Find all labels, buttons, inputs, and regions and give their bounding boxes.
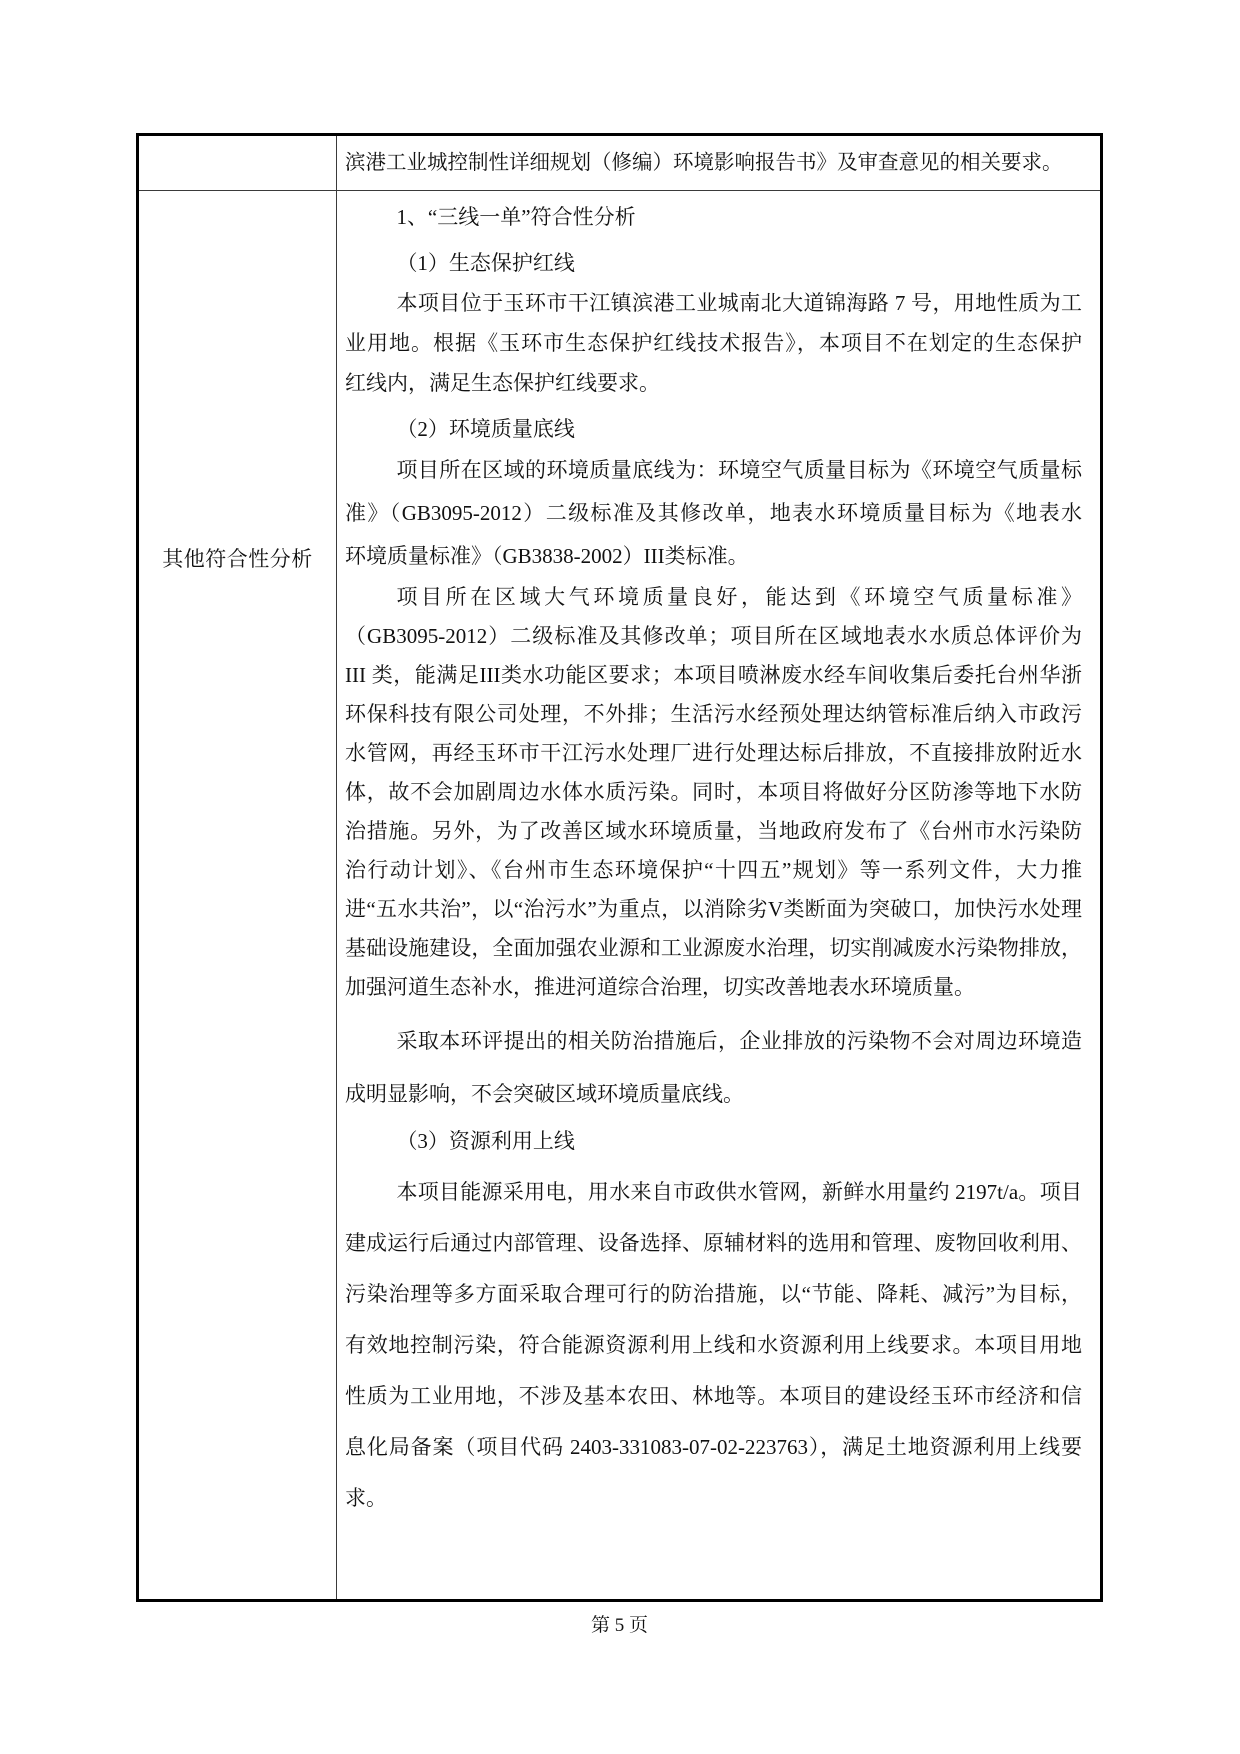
table-row-continued: 滨港工业城控制性详细规划（修编）环境影响报告书》及审查意见的相关要求。 [138, 135, 1102, 191]
text-line: 有效地控制污染，符合能源资源利用上线和水资源利用上线要求。本项目用地 [345, 1320, 1082, 1371]
row2-label-cell: 其他符合性分析 [138, 191, 337, 1601]
page-number: 第 5 页 [591, 1615, 648, 1636]
paragraph-block: 本项目位于玉环市干江镇滨港工业城南北大道锦海路 7 号，用地性质为工业用地。根据… [345, 283, 1082, 403]
paragraph-block: 采取本环评提出的相关防治措施后，企业排放的污染物不会对周边环境造成明显影响，不会… [345, 1015, 1082, 1121]
text-line: 性质为工业用地，不涉及基本农田、林地等。本项目的建设经玉环市经济和信 [345, 1371, 1082, 1422]
text-line: （3）资源利用上线 [345, 1121, 1082, 1161]
text-line: 环境质量标准》（GB3838-2002）III类标准。 [345, 535, 1082, 578]
paragraph-block: 本项目能源采用电，用水来自市政供水管网，新鲜水用量约 2197t/a。项目建成运… [345, 1167, 1082, 1524]
heading-block: （2）环境质量底线 [345, 409, 1082, 449]
row1-content-cell: 滨港工业城控制性详细规划（修编）环境影响报告书》及审查意见的相关要求。 [337, 135, 1102, 191]
text-line: （1）生态保护红线 [345, 243, 1082, 283]
text-line: 水管网，再经玉环市干江污水处理厂进行处理达标后排放，不直接排放附近水 [345, 734, 1082, 773]
text-line: 建成运行后通过内部管理、设备选择、原辅材料的选用和管理、废物回收利用、 [345, 1218, 1082, 1269]
text-line: 基础设施建设，全面加强农业源和工业源废水治理，切实削减废水污染物排放， [345, 929, 1082, 968]
text-line: 息化局备案（项目代码 2403-331083-07-02-223763），满足土… [345, 1422, 1082, 1473]
compliance-analysis-table: 滨港工业城控制性详细规划（修编）环境影响报告书》及审查意见的相关要求。 其他符合… [136, 133, 1103, 1602]
text-line: 治措施。另外，为了改善区域水环境质量，当地政府发布了《台州市水污染防 [345, 812, 1082, 851]
text-line: 污染治理等多方面采取合理可行的防治措施，以“节能、降耗、减污”为目标， [345, 1269, 1082, 1320]
text-line: （GB3095-2012）二级标准及其修改单；项目所在区域地表水水质总体评价为 [345, 617, 1082, 656]
text-line: 成明显影响，不会突破区域环境质量底线。 [345, 1068, 1082, 1121]
text-line: 加强河道生态补水，推进河道综合治理，切实改善地表水环境质量。 [345, 968, 1082, 1007]
text-line: 治行动计划》、《台州市生态环境保护“十四五”规划》等一系列文件，大力推 [345, 851, 1082, 890]
text-line: 环保科技有限公司处理，不外排；生活污水经预处理达纳管标准后纳入市政污 [345, 695, 1082, 734]
row2-content-cell: 1、“三线一单”符合性分析（1）生态保护红线本项目位于玉环市干江镇滨港工业城南北… [337, 191, 1102, 1601]
text-line: 体，故不会加剧周边水体水质污染。同时，本项目将做好分区防渗等地下水防 [345, 773, 1082, 812]
heading-block: （1）生态保护红线 [345, 243, 1082, 283]
text-line: 本项目能源采用电，用水来自市政供水管网，新鲜水用量约 2197t/a。项目 [345, 1167, 1082, 1218]
text-line: （2）环境质量底线 [345, 409, 1082, 449]
analysis-text-body: 1、“三线一单”符合性分析（1）生态保护红线本项目位于玉环市干江镇滨港工业城南北… [337, 191, 1100, 1524]
text-line: 项目所在区域的环境质量底线为：环境空气质量目标为《环境空气质量标 [345, 449, 1082, 492]
heading-block: （3）资源利用上线 [345, 1121, 1082, 1161]
text-line: 进“五水共治”，以“治污水”为重点，以消除劣V类断面为突破口，加快污水处理 [345, 890, 1082, 929]
text-line: 项目所在区域大气环境质量良好，能达到《环境空气质量标准》 [345, 578, 1082, 617]
text-line: 求。 [345, 1473, 1082, 1524]
text-line: 本项目位于玉环市干江镇滨港工业城南北大道锦海路 7 号，用地性质为工 [345, 283, 1082, 323]
paragraph-block: 项目所在区域的环境质量底线为：环境空气质量目标为《环境空气质量标准》（GB309… [345, 449, 1082, 578]
text-line: 1、“三线一单”符合性分析 [345, 197, 1082, 237]
text-line: 业用地。根据《玉环市生态保护红线技术报告》，本项目不在划定的生态保护 [345, 323, 1082, 363]
row1-label-cell [138, 135, 337, 191]
text-line: 采取本环评提出的相关防治措施后，企业排放的污染物不会对周边环境造 [345, 1015, 1082, 1068]
continued-requirement-text: 滨港工业城控制性详细规划（修编）环境影响报告书》及审查意见的相关要求。 [337, 136, 1100, 190]
paragraph-block: 项目所在区域大气环境质量良好，能达到《环境空气质量标准》（GB3095-2012… [345, 578, 1082, 1007]
text-line: 准》（GB3095-2012）二级标准及其修改单，地表水环境质量目标为《地表水 [345, 492, 1082, 535]
section-label: 其他符合性分析 [139, 191, 336, 573]
page-footer: 第 5 页 [136, 1610, 1103, 1637]
table-row-other-compliance: 其他符合性分析 1、“三线一单”符合性分析（1）生态保护红线本项目位于玉环市干江… [138, 191, 1102, 1601]
text-line: III 类，能满足III类水功能区要求；本项目喷淋废水经车间收集后委托台州华浙 [345, 656, 1082, 695]
heading-block: 1、“三线一单”符合性分析 [345, 197, 1082, 237]
text-line: 红线内，满足生态保护红线要求。 [345, 363, 1082, 403]
